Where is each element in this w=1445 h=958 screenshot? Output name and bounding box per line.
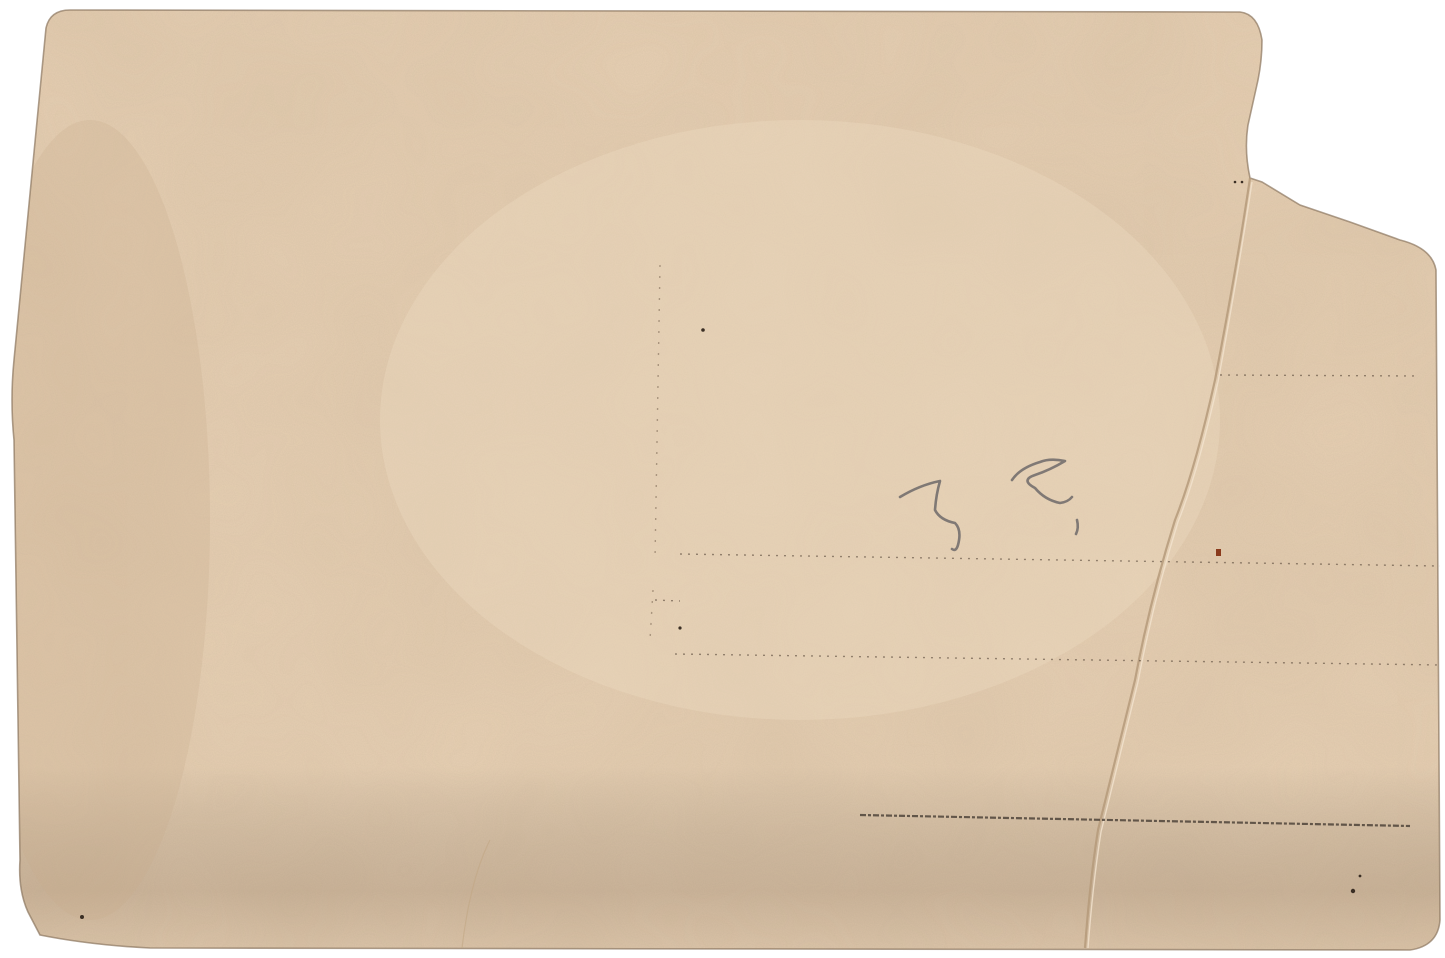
postcard-back: [0, 0, 1445, 958]
rust-mark: [1216, 549, 1221, 556]
paper: [0, 0, 1445, 958]
